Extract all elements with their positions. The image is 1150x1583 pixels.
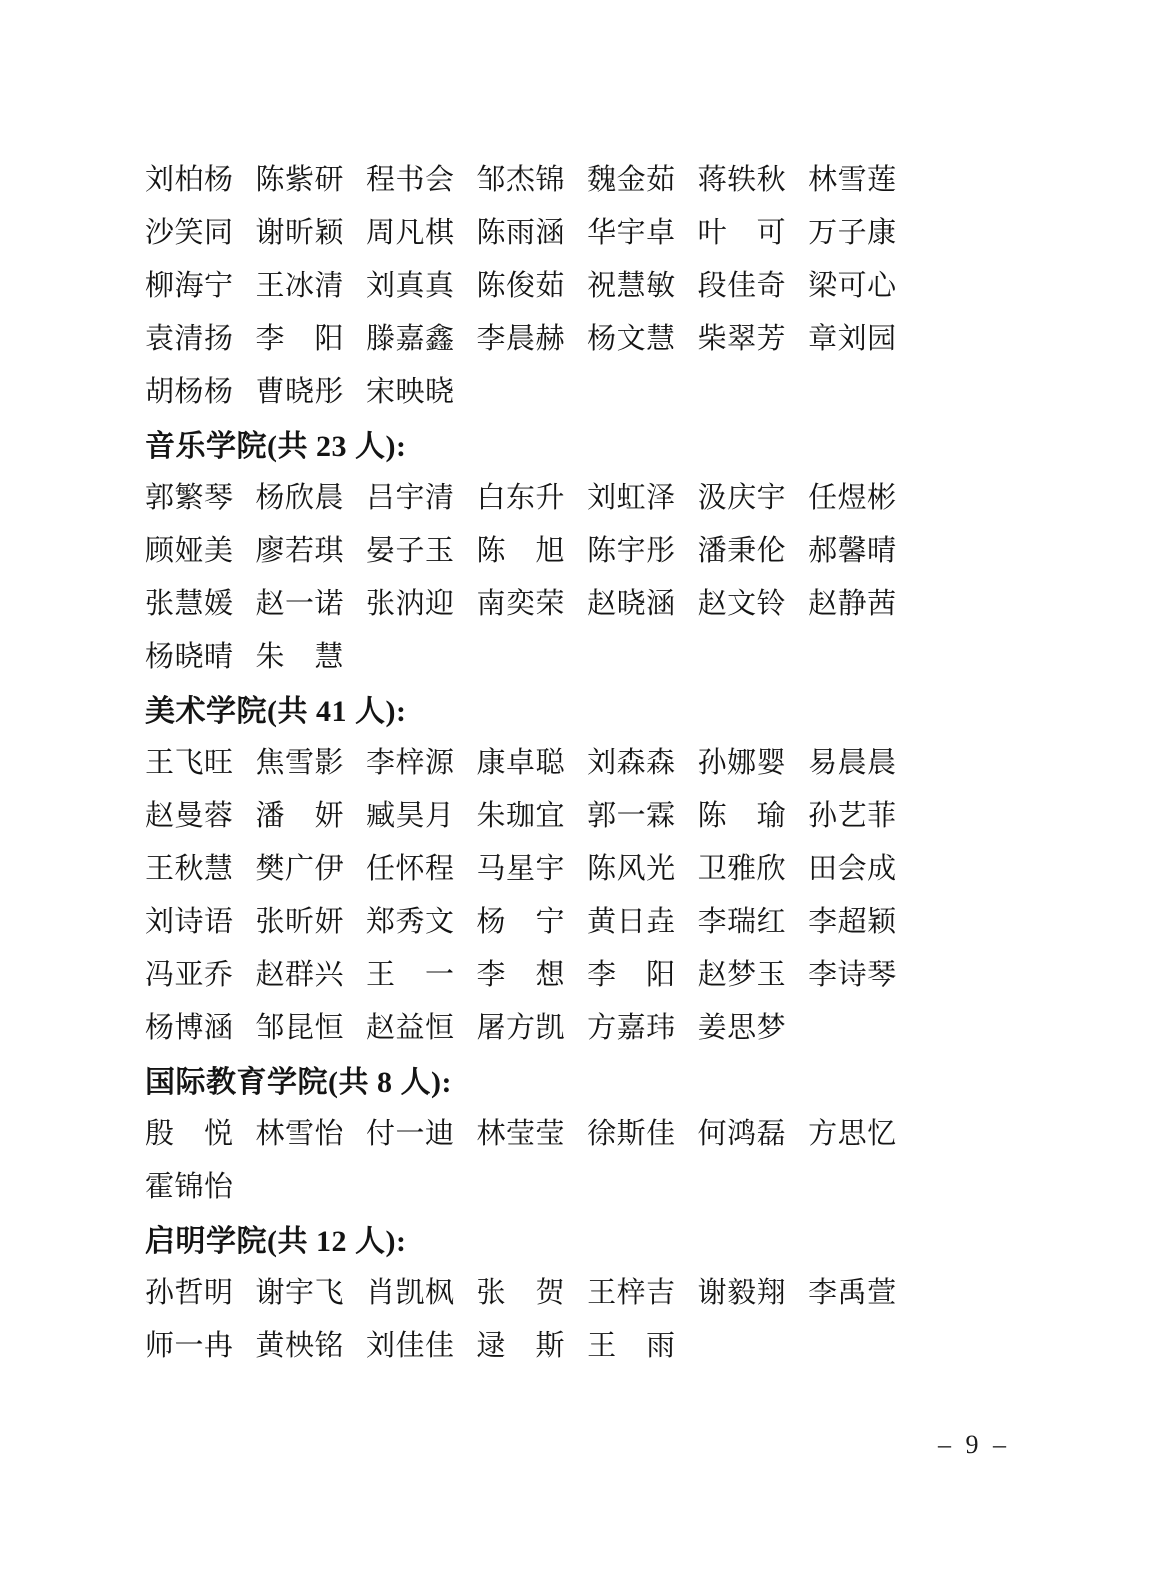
student-name: 王 雨 — [587, 1323, 676, 1364]
section-heading: 音乐学院(共 23 人): — [145, 416, 887, 469]
student-name: 宋映晓 — [366, 369, 455, 410]
student-name: 肖凯枫 — [366, 1270, 455, 1311]
content-column: 刘柏杨陈紫研程书会邹杰锦魏金茹蒋轶秋林雪莲沙笑同谢昕颖周凡棋陈雨涵华宇卓叶 可万… — [145, 151, 887, 1370]
name-row: 王飞旺焦雪影李梓源康卓聪刘森森孙娜婴易晨晨 — [145, 734, 887, 787]
student-name: 卫雅欣 — [698, 846, 787, 887]
student-name: 梁可心 — [808, 263, 897, 304]
student-name: 姜思梦 — [698, 1005, 787, 1046]
student-name: 师一冉 — [145, 1323, 234, 1364]
student-name: 林雪莲 — [808, 157, 897, 198]
student-name: 林雪怡 — [256, 1111, 345, 1152]
student-name: 杨晓晴 — [145, 634, 234, 675]
student-name: 李晨赫 — [477, 316, 566, 357]
student-name: 刘虹泽 — [587, 475, 676, 516]
student-name: 谢昕颖 — [256, 210, 345, 251]
name-row: 郭繁琴杨欣晨吕宇清白东升刘虹泽汲庆宇任煜彬 — [145, 469, 887, 522]
student-name: 任怀程 — [366, 846, 455, 887]
student-name: 刘柏杨 — [145, 157, 234, 198]
student-name: 黄柍铭 — [256, 1323, 345, 1364]
student-name: 陈 瑜 — [698, 793, 787, 834]
student-name: 王秋慧 — [145, 846, 234, 887]
name-row: 张慧媛赵一诺张汭迎南奕荣赵晓涵赵文铃赵静茜 — [145, 575, 887, 628]
student-name: 殷 悦 — [145, 1111, 234, 1152]
name-row: 顾娅美廖若琪晏子玉陈 旭陈宇彤潘秉伦郝馨晴 — [145, 522, 887, 575]
student-name: 付一迪 — [366, 1111, 455, 1152]
student-name: 王梓吉 — [587, 1270, 676, 1311]
student-name: 赵曼蓉 — [145, 793, 234, 834]
student-name: 邹杰锦 — [477, 157, 566, 198]
student-name: 杨 宁 — [477, 899, 566, 940]
name-row: 刘柏杨陈紫研程书会邹杰锦魏金茹蒋轶秋林雪莲 — [145, 151, 887, 204]
student-name: 滕嘉鑫 — [366, 316, 455, 357]
student-name: 朱珈宜 — [477, 793, 566, 834]
student-name: 郝馨晴 — [808, 528, 897, 569]
section-heading: 国际教育学院(共 8 人): — [145, 1052, 887, 1105]
name-row: 刘诗语张昕妍郑秀文杨 宁黄日垚李瑞红李超颖 — [145, 893, 887, 946]
student-name: 任煜彬 — [808, 475, 897, 516]
document-page: 刘柏杨陈紫研程书会邹杰锦魏金茹蒋轶秋林雪莲沙笑同谢昕颖周凡棋陈雨涵华宇卓叶 可万… — [0, 0, 1150, 1583]
student-name: 孙艺菲 — [808, 793, 897, 834]
name-row: 袁清扬李 阳滕嘉鑫李晨赫杨文慧柴翠芳章刘园 — [145, 310, 887, 363]
student-name: 杨欣晨 — [256, 475, 345, 516]
student-name: 冯亚乔 — [145, 952, 234, 993]
student-name: 逯 斯 — [477, 1323, 566, 1364]
student-name: 张昕妍 — [256, 899, 345, 940]
student-name: 谢宇飞 — [256, 1270, 345, 1311]
name-row: 赵曼蓉潘 妍臧昊月朱珈宜郭一霖陈 瑜孙艺菲 — [145, 787, 887, 840]
student-name: 蒋轶秋 — [698, 157, 787, 198]
student-name: 李 想 — [477, 952, 566, 993]
student-name: 赵静茜 — [808, 581, 897, 622]
student-name: 朱 慧 — [256, 634, 345, 675]
student-name: 吕宇清 — [366, 475, 455, 516]
student-name: 刘诗语 — [145, 899, 234, 940]
student-name: 赵晓涵 — [587, 581, 676, 622]
student-name: 李诗琴 — [808, 952, 897, 993]
student-name: 陈紫研 — [256, 157, 345, 198]
name-row: 柳海宁王冰清刘真真陈俊茹祝慧敏段佳奇梁可心 — [145, 257, 887, 310]
student-name: 李瑞红 — [698, 899, 787, 940]
student-name: 赵文铃 — [698, 581, 787, 622]
student-name: 刘真真 — [366, 263, 455, 304]
student-name: 李禹萱 — [808, 1270, 897, 1311]
student-name: 叶 可 — [698, 210, 787, 251]
student-name: 汲庆宇 — [698, 475, 787, 516]
name-row: 师一冉黄柍铭刘佳佳逯 斯王 雨 — [145, 1317, 887, 1370]
student-name: 王 一 — [366, 952, 455, 993]
student-name: 张慧媛 — [145, 581, 234, 622]
name-row: 霍锦怡 — [145, 1158, 887, 1211]
student-name: 樊广伊 — [256, 846, 345, 887]
student-name: 晏子玉 — [366, 528, 455, 569]
student-name: 李 阳 — [256, 316, 345, 357]
student-name: 张 贺 — [477, 1270, 566, 1311]
student-name: 陈宇彤 — [587, 528, 676, 569]
student-name: 沙笑同 — [145, 210, 234, 251]
page-number: – 9 – — [938, 1430, 1010, 1460]
student-name: 段佳奇 — [698, 263, 787, 304]
student-name: 张汭迎 — [366, 581, 455, 622]
student-name: 袁清扬 — [145, 316, 234, 357]
student-name: 赵梦玉 — [698, 952, 787, 993]
student-name: 胡杨杨 — [145, 369, 234, 410]
student-name: 赵益恒 — [366, 1005, 455, 1046]
student-name: 白东升 — [477, 475, 566, 516]
student-name: 李 阳 — [587, 952, 676, 993]
student-name: 曹晓彤 — [256, 369, 345, 410]
student-name: 章刘园 — [808, 316, 897, 357]
name-row: 杨晓晴朱 慧 — [145, 628, 887, 681]
name-row: 杨博涵邹昆恒赵益恒屠方凯方嘉玮姜思梦 — [145, 999, 887, 1052]
student-name: 臧昊月 — [366, 793, 455, 834]
name-row: 胡杨杨曹晓彤宋映晓 — [145, 363, 887, 416]
student-name: 陈 旭 — [477, 528, 566, 569]
student-name: 南奕荣 — [477, 581, 566, 622]
student-name: 杨博涵 — [145, 1005, 234, 1046]
student-name: 徐斯佳 — [587, 1111, 676, 1152]
student-name: 田会成 — [808, 846, 897, 887]
student-name: 赵群兴 — [256, 952, 345, 993]
student-name: 邹昆恒 — [256, 1005, 345, 1046]
student-name: 李超颖 — [808, 899, 897, 940]
student-name: 程书会 — [366, 157, 455, 198]
student-name: 方思忆 — [808, 1111, 897, 1152]
student-name: 李梓源 — [366, 740, 455, 781]
student-name: 祝慧敏 — [587, 263, 676, 304]
student-name: 谢毅翔 — [698, 1270, 787, 1311]
student-name: 何鸿磊 — [698, 1111, 787, 1152]
student-name: 刘森森 — [587, 740, 676, 781]
student-name: 杨文慧 — [587, 316, 676, 357]
student-name: 柴翠芳 — [698, 316, 787, 357]
student-name: 孙娜婴 — [698, 740, 787, 781]
student-name: 顾娅美 — [145, 528, 234, 569]
name-row: 王秋慧樊广伊任怀程马星宇陈风光卫雅欣田会成 — [145, 840, 887, 893]
student-name: 柳海宁 — [145, 263, 234, 304]
student-name: 周凡棋 — [366, 210, 455, 251]
student-name: 王飞旺 — [145, 740, 234, 781]
student-name: 陈俊茹 — [477, 263, 566, 304]
student-name: 黄日垚 — [587, 899, 676, 940]
student-name: 易晨晨 — [808, 740, 897, 781]
student-name: 郭繁琴 — [145, 475, 234, 516]
student-name: 廖若琪 — [256, 528, 345, 569]
section-heading: 美术学院(共 41 人): — [145, 681, 887, 734]
student-name: 魏金茹 — [587, 157, 676, 198]
student-name: 陈风光 — [587, 846, 676, 887]
student-name: 康卓聪 — [477, 740, 566, 781]
student-name: 林莹莹 — [477, 1111, 566, 1152]
name-row: 冯亚乔赵群兴王 一李 想李 阳赵梦玉李诗琴 — [145, 946, 887, 999]
student-name: 万子康 — [808, 210, 897, 251]
student-name: 潘秉伦 — [698, 528, 787, 569]
student-name: 郭一霖 — [587, 793, 676, 834]
student-name: 潘 妍 — [256, 793, 345, 834]
name-row: 殷 悦林雪怡付一迪林莹莹徐斯佳何鸿磊方思忆 — [145, 1105, 887, 1158]
section-heading: 启明学院(共 12 人): — [145, 1211, 887, 1264]
student-name: 赵一诺 — [256, 581, 345, 622]
student-name: 刘佳佳 — [366, 1323, 455, 1364]
student-name: 陈雨涵 — [477, 210, 566, 251]
student-name: 王冰清 — [256, 263, 345, 304]
student-name: 马星宇 — [477, 846, 566, 887]
student-name: 华宇卓 — [587, 210, 676, 251]
student-name: 孙哲明 — [145, 1270, 234, 1311]
name-row: 孙哲明谢宇飞肖凯枫张 贺王梓吉谢毅翔李禹萱 — [145, 1264, 887, 1317]
student-name: 屠方凯 — [477, 1005, 566, 1046]
student-name: 焦雪影 — [256, 740, 345, 781]
student-name: 方嘉玮 — [587, 1005, 676, 1046]
name-row: 沙笑同谢昕颖周凡棋陈雨涵华宇卓叶 可万子康 — [145, 204, 887, 257]
student-name: 郑秀文 — [366, 899, 455, 940]
student-name: 霍锦怡 — [145, 1164, 234, 1205]
